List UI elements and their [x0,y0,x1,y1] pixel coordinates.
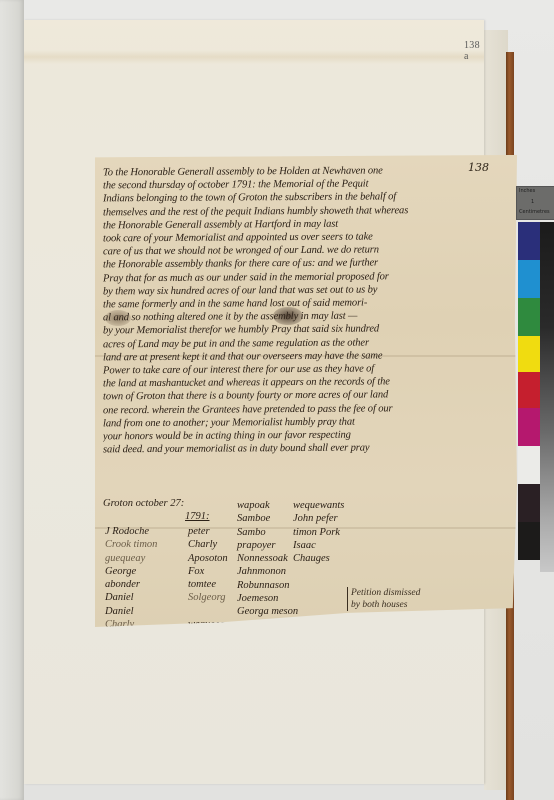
swatch-green [518,298,540,336]
signature: George [105,565,157,578]
color-calibration-target: Inches 1 Centimetres [514,0,554,800]
swatch-red [518,372,540,408]
swatch-three-quarter-black [518,484,540,522]
swatch-white [518,446,540,484]
signature: Solgeorg [188,591,229,604]
signature: Chauges [293,552,344,565]
signature: guequeay [105,552,157,565]
text-line: said deed. and your memorialist as in du… [103,441,493,457]
signature: John pefer [293,512,344,525]
swatch-magenta [518,408,540,446]
signature: Robunnason [237,579,300,592]
swatch-yellow [518,336,540,372]
swatch-black [518,522,540,560]
signature: Samboe [237,512,300,525]
signature: Nonnessoak [237,552,300,565]
manuscript-sheet: 138 To the Honorable Generall assembly t… [95,155,517,627]
signature: timon Pork [293,526,344,539]
signature: peter [188,525,229,538]
signature: Sambo [237,526,300,539]
date-block: Groton october 27: 1791: [103,497,210,523]
signature: Fox [188,565,229,578]
date-line: Groton october 27: [103,498,184,509]
endorsement-note: Petition dismissed by both houses [347,587,420,611]
signatures-column-2: peter Charly Aposoton Fox tomtee Solgeor… [188,525,229,631]
signature: Crook timon [105,538,157,551]
ruler-label-inches: Inches [519,188,535,194]
signature: Charly [188,538,229,551]
signature: J Rodoche [105,525,157,538]
signature [188,605,229,618]
facing-page-edge [0,0,24,800]
scale-ruler: Inches 1 Centimetres [516,186,554,220]
signature: abonder [105,578,157,591]
year: 1791: [103,510,210,523]
folio-number: 138 a [464,40,484,62]
endorsement-line: Petition dismissed [351,587,420,599]
ruler-label-one: 1 [531,199,534,205]
swatch-blue [518,222,540,260]
signature: Isaac [293,539,344,552]
endorsement-line: by both houses [351,599,420,611]
signature: Joemeson [237,592,300,605]
signatures-column-4: wequewants John pefer timon Pork Isaac C… [293,499,344,565]
signature: tomtee [188,578,229,591]
signature: wapoak [237,499,300,512]
signature: prapoyer [237,539,300,552]
signature: Georga meson [237,605,300,618]
ruler-label-centimetres: Centimetres [519,209,550,215]
signature: Daniel [105,591,157,604]
swatch-cyan [518,260,540,298]
signature: Jahnmonon [237,565,300,578]
petition-text: To the Honorable Generall assembly to be… [103,165,493,455]
grey-scale-strip [540,222,554,572]
signature: Aposoton [188,552,229,565]
signature: wequewants [293,499,344,512]
signature: Daniel [105,605,157,618]
